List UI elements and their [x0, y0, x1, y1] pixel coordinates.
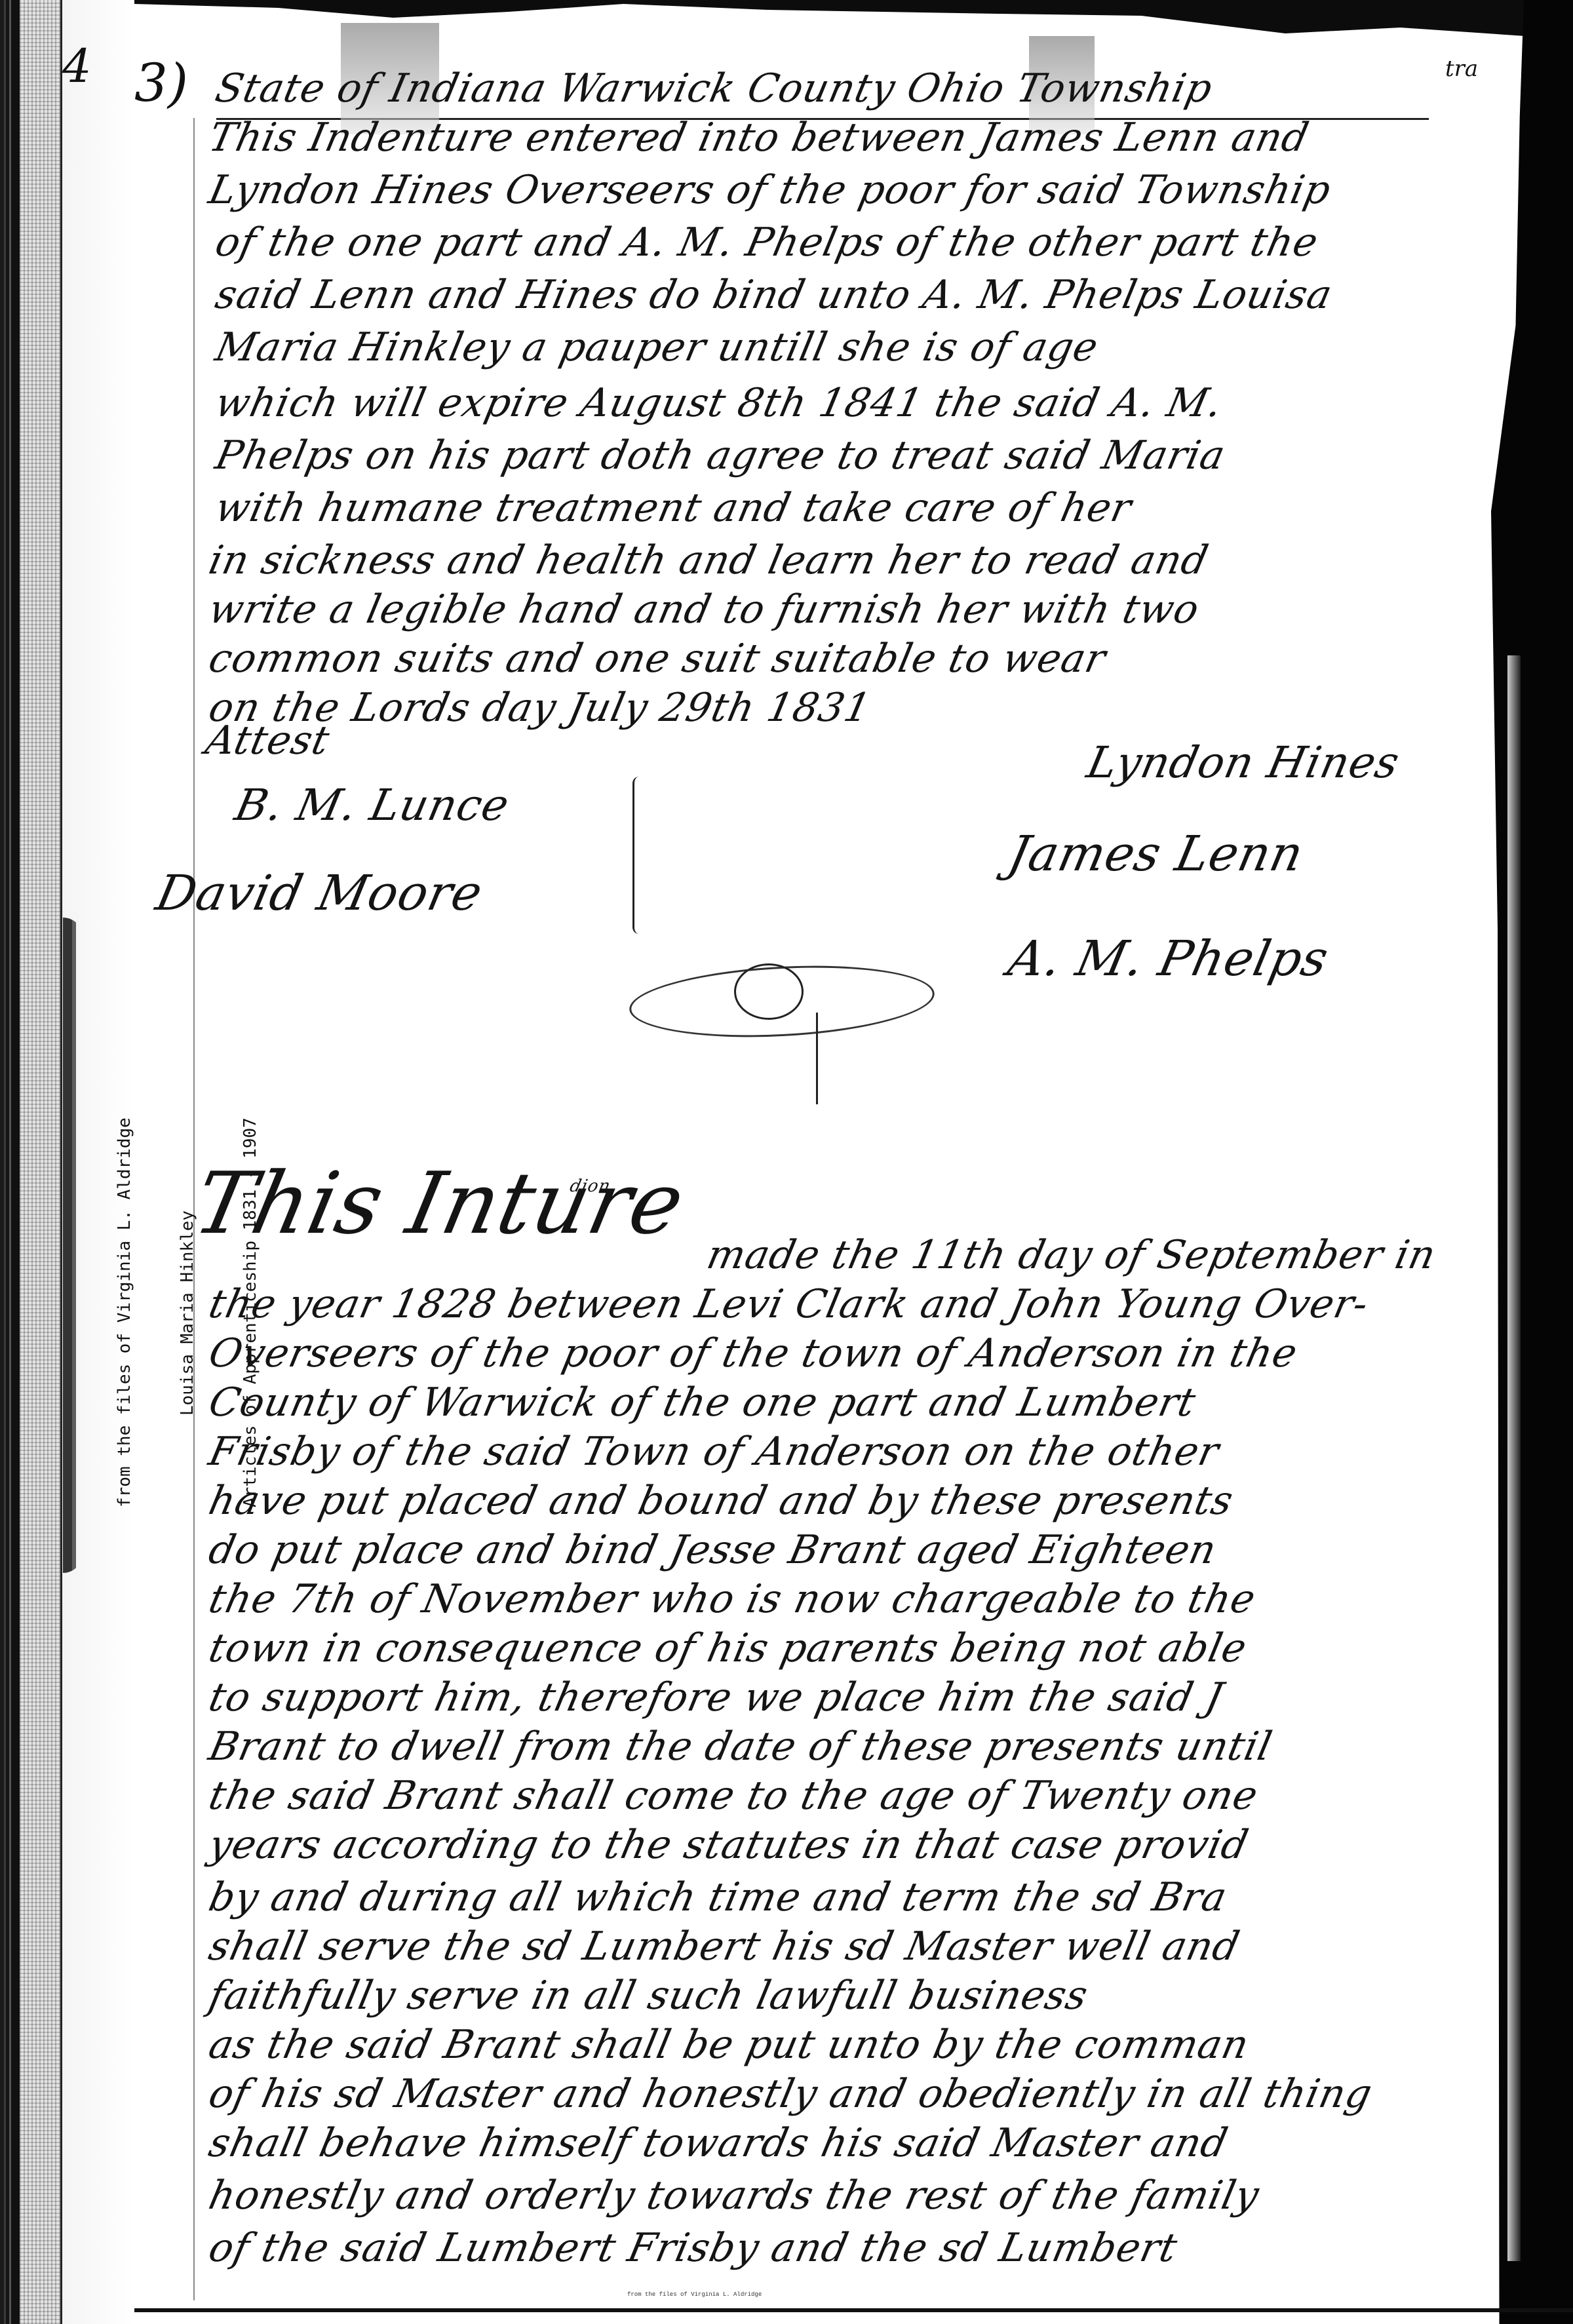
indenture-1-line: common suits and one suit suitable to we… [205, 636, 1110, 682]
witness-signature: David Moore [151, 865, 488, 921]
indenture-1-line: of the one part and A. M. Phelps of the … [212, 220, 1323, 265]
indenture-2-line: the year 1828 between Levi Clark and Joh… [205, 1281, 1373, 1327]
indenture-2-line: honestly and orderly towards the rest of… [205, 2173, 1264, 2218]
indenture-2-line: the 7th of November who is now chargeabl… [205, 1576, 1260, 1622]
dark-right-edge [1491, 0, 1573, 2324]
seal-flourish-loop [734, 963, 804, 1020]
indenture-1-line: which will expire August 8th 1841 the sa… [212, 380, 1227, 426]
footer-caption: from the files of Virginia L. Aldridge [627, 2291, 762, 2298]
bottom-edge-line [134, 2308, 1573, 2312]
item-number-mark: 3) [134, 52, 188, 113]
archive-subject: Louisa Maria Hinkley [177, 1117, 198, 1507]
indenture-2-line: town in consequence of his parents being… [205, 1625, 1251, 1671]
indenture-2-line: shall behave himself towards his said Ma… [205, 2120, 1232, 2166]
attest-label: Attest [202, 718, 334, 764]
right-page-shadow [1507, 655, 1521, 2261]
indenture-2-line: Brant to dwell from the date of these pr… [205, 1724, 1277, 1770]
witness-signature: B. M. Lunce [231, 780, 514, 830]
binding-mesh [20, 0, 60, 2324]
indenture-2-line: of the said Lumbert Frisby and the sd Lu… [205, 2225, 1182, 2271]
page-number-mark: 4 [62, 39, 92, 93]
indenture-2-line: have put placed and bound and by these p… [205, 1478, 1238, 1524]
indenture-2-line: of his sd Master and honestly and obedie… [205, 2071, 1377, 2117]
indenture-1-line: State of Indiana Warwick County Ohio Tow… [212, 66, 1217, 111]
indenture-1-line: This Indenture entered into between Jame… [205, 115, 1313, 161]
indenture-2-line: made the 11th day of September in [703, 1232, 1441, 1278]
indenture-2-line: shall serve the sd Lumbert his sd Master… [205, 1924, 1244, 1969]
indenture-2-line: by and during all which time and term th… [205, 1874, 1232, 1920]
indenture-1-line: with humane treatment and take care of h… [212, 485, 1136, 531]
signatory-signature: Lyndon Hines [1083, 737, 1404, 788]
archive-source: from the files of Virginia L. Aldridge [114, 1117, 135, 1507]
indenture-2-line: Frisby of the said Town of Anderson on t… [205, 1429, 1224, 1475]
indenture-2-line: do put place and bind Jesse Brant aged E… [205, 1527, 1221, 1573]
indenture-2-line: as the said Brant shall be put unto by t… [205, 2022, 1254, 2068]
margin-note: tra [1445, 56, 1478, 82]
indenture-2-line: faithfully serve in all such lawfull bus… [205, 1973, 1093, 2019]
binding-spine [0, 0, 20, 2324]
signatory-signature: A. M. Phelps [1003, 931, 1334, 987]
witness-bracket [632, 777, 648, 934]
indenture-1-line: in sickness and health and learn her to … [205, 537, 1213, 583]
indenture-1-line: Phelps on his part doth agree to treat s… [212, 433, 1230, 478]
signatory-signature: James Lenn [1003, 826, 1309, 882]
seal-flourish-tail [816, 1013, 818, 1104]
indenture-2-line: the said Brant shall come to the age of … [205, 1773, 1262, 1819]
indenture-2-line: years according to the statutes in that … [205, 1822, 1253, 1868]
indenture-2-line: to support him, therefore we place him t… [205, 1675, 1228, 1720]
indenture-1-line: Lyndon Hines Overseers of the poor for s… [205, 167, 1336, 213]
indenture-2-line: County of Warwick of the one part and Lu… [205, 1380, 1200, 1425]
indenture-1-line: Maria Hinkley a pauper untill she is of … [212, 324, 1103, 370]
indenture-2-line: Overseers of the poor of the town of And… [205, 1330, 1302, 1376]
indenture-2-heading: This Inture [186, 1153, 693, 1253]
indenture-1-line: said Lenn and Hines do bind unto A. M. P… [212, 272, 1337, 318]
indenture-1-line: write a legible hand and to furnish her … [205, 587, 1204, 632]
